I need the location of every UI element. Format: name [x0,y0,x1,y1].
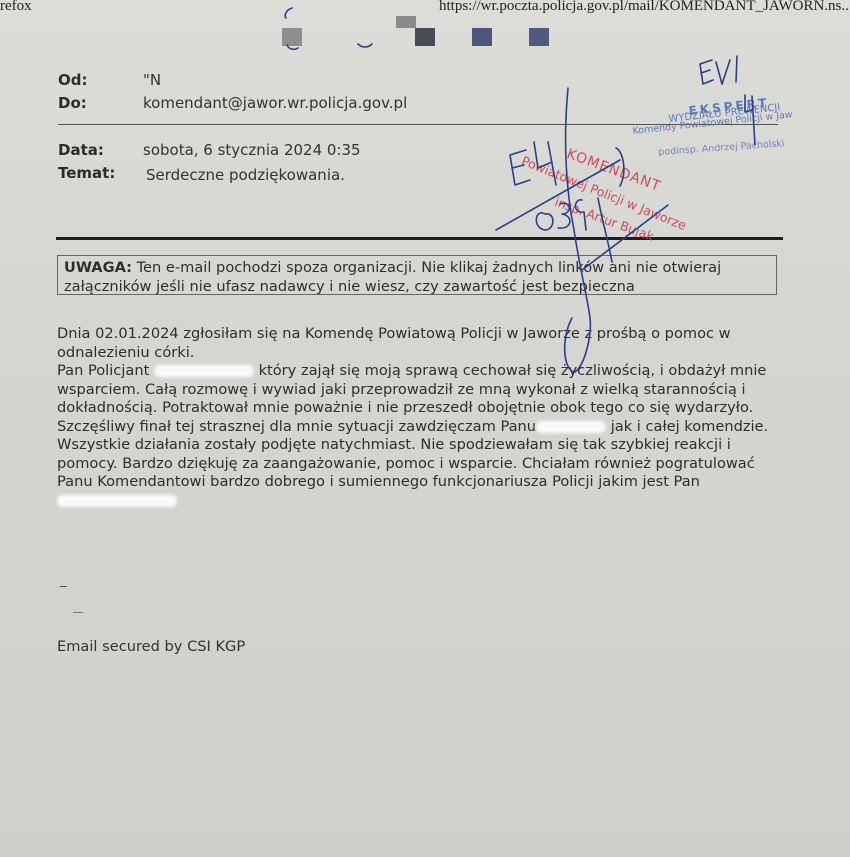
email-body: Dnia 02.01.2024 zgłosiłam się na Komendę… [57,325,792,510]
subject-value: Serdeczne podziękowania. [146,166,345,184]
page-url: https://wr.poczta.policja.gov.pl/mail/KO… [439,0,850,15]
redaction-block [529,28,549,46]
body-paragraph-1: Dnia 02.01.2024 zgłosiłam się na Komendę… [57,325,747,362]
redaction-block [415,28,435,46]
to-label: Do: [58,94,87,112]
redacted-name [536,421,606,433]
warning-prefix: UWAGA: [64,259,132,276]
stray-mark [73,612,83,613]
external-email-warning: UWAGA: Ten e-mail pochodzi spoza organiz… [57,255,777,295]
date-value: sobota, 6 stycznia 2024 0:35 [143,141,361,159]
redacted-name [57,495,177,507]
body-text-segment: Pan Policjant [57,362,154,379]
redaction-block [396,16,416,28]
date-label: Data: [58,141,104,159]
from-label: Od: [58,71,88,89]
stamp-blue-line-4: podinsp. Andrzej Pacholski [658,138,785,158]
browser-label: refox [0,0,32,15]
stray-mark [60,586,67,587]
to-value: komendant@jawor.wr.policja.gov.pl [143,94,407,112]
redaction-block [282,28,302,46]
header-bottom-divider [56,237,783,240]
body-paragraph-2: Pan Policjant który zajął się moją spraw… [57,362,785,510]
from-value: "N [143,71,161,89]
warning-text: Ten e-mail pochodzi spoza organizacji. N… [64,259,721,295]
subject-label: Temat: [58,164,115,182]
redacted-name [154,365,254,377]
redaction-block [472,28,492,46]
security-footer: Email secured by CSI KGP [57,638,245,655]
